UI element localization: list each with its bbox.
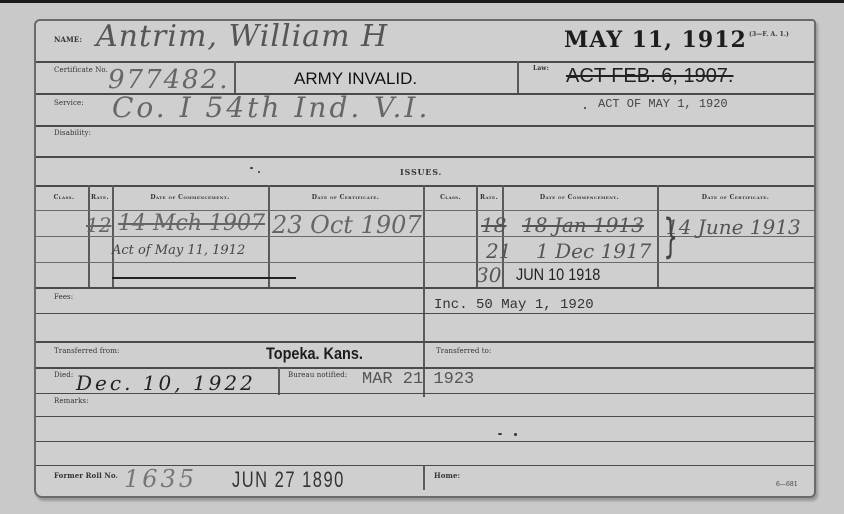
issue-commencement: 1 Dec 1917 bbox=[536, 239, 651, 263]
issue-rate: 21 bbox=[486, 239, 511, 263]
service-label: Service: bbox=[54, 99, 84, 107]
col-class: Class. bbox=[42, 194, 86, 201]
service-value: Co. I 54th Ind. V.I. bbox=[112, 91, 430, 124]
divider bbox=[36, 262, 814, 263]
divider bbox=[36, 393, 814, 394]
class-value: ARMY INVALID. bbox=[294, 69, 417, 89]
col-date-commencement: Date of Commencement. bbox=[112, 194, 268, 201]
header-date: MAY 11, 1912 bbox=[564, 27, 747, 53]
divider bbox=[36, 125, 814, 127]
issue-rate: 12 bbox=[86, 213, 111, 237]
fees-label: Fees: bbox=[54, 293, 73, 301]
divider bbox=[36, 61, 814, 63]
issue-commencement-stamp: JUN 10 1918 bbox=[516, 265, 600, 285]
remarks-label: Remarks: bbox=[54, 397, 89, 405]
col-date-certificate: Date of Certificate. bbox=[657, 194, 814, 201]
issues-heading: ISSUES. bbox=[400, 167, 442, 177]
divider bbox=[517, 61, 519, 93]
issue-certificate: 14 June 1913 bbox=[666, 215, 801, 239]
transferred-from-value: Topeka. Kans. bbox=[266, 344, 363, 364]
former-roll-date: JUN 27 1890 bbox=[232, 467, 345, 493]
underline-mark bbox=[112, 277, 296, 279]
form-code: (3—F. A. 1.) bbox=[749, 31, 789, 38]
speck bbox=[250, 167, 253, 169]
increase-note: Inc. 50 May 1, 1920 bbox=[434, 297, 594, 313]
divider bbox=[36, 313, 814, 314]
divider bbox=[234, 61, 236, 93]
former-roll-label: Former Roll No. bbox=[54, 471, 118, 480]
bureau-notified-label: Bureau notified: bbox=[288, 371, 347, 379]
col-date-commencement: Date of Commencement. bbox=[502, 194, 657, 201]
bracket-mark: } bbox=[663, 213, 678, 259]
divider bbox=[278, 367, 280, 395]
bureau-notified-value: MAR 21 1923 bbox=[362, 370, 474, 389]
divider bbox=[36, 367, 814, 369]
speck bbox=[514, 433, 517, 436]
home-label: Home: bbox=[434, 471, 460, 480]
transferred-to-label: Transferred to: bbox=[436, 347, 491, 355]
issue-act-note: Act of May 11, 1912 bbox=[112, 243, 245, 258]
divider bbox=[36, 416, 814, 417]
name-label: NAME: bbox=[54, 35, 82, 44]
divider bbox=[36, 341, 814, 343]
speck bbox=[498, 433, 502, 435]
form-number: 6—681 bbox=[776, 481, 798, 488]
scan-top-edge bbox=[0, 0, 844, 3]
col-rate: Rate. bbox=[476, 194, 502, 201]
law-struck: ACT FEB. 6, 1907. bbox=[566, 65, 734, 88]
col-class: Class. bbox=[425, 194, 476, 201]
col-rate: Rate. bbox=[88, 194, 112, 201]
issue-commencement: 14 Mch 1907 bbox=[118, 211, 265, 236]
divider bbox=[36, 156, 814, 158]
pension-index-card: NAME: Antrim, William H MAY 11, 1912 (3—… bbox=[34, 19, 816, 498]
divider bbox=[423, 465, 425, 490]
name-value: Antrim, William H bbox=[96, 19, 388, 54]
transferred-from-label: Transferred from: bbox=[54, 347, 119, 355]
law-label: Law: bbox=[533, 65, 549, 72]
divider bbox=[36, 185, 814, 187]
issue-certificate: 23 Oct 1907 bbox=[272, 211, 422, 239]
certificate-no-label: Certificate No. bbox=[54, 66, 108, 74]
died-label: Died: bbox=[54, 371, 73, 379]
died-value: Dec. 10, 1922 bbox=[76, 371, 256, 395]
speck bbox=[258, 171, 260, 173]
col-date-certificate: Date of Certificate. bbox=[268, 194, 423, 201]
speck bbox=[584, 107, 586, 109]
former-roll-value: 1635 bbox=[124, 465, 197, 493]
issue-commencement: 18 Jan 1913 bbox=[522, 213, 644, 237]
law-new: ACT OF MAY 1, 1920 bbox=[598, 97, 728, 111]
divider bbox=[36, 441, 814, 442]
divider bbox=[36, 287, 814, 289]
issue-rate: 30 bbox=[476, 263, 501, 287]
issue-rate: 18 bbox=[481, 213, 506, 237]
disability-label: Disability: bbox=[54, 129, 91, 137]
